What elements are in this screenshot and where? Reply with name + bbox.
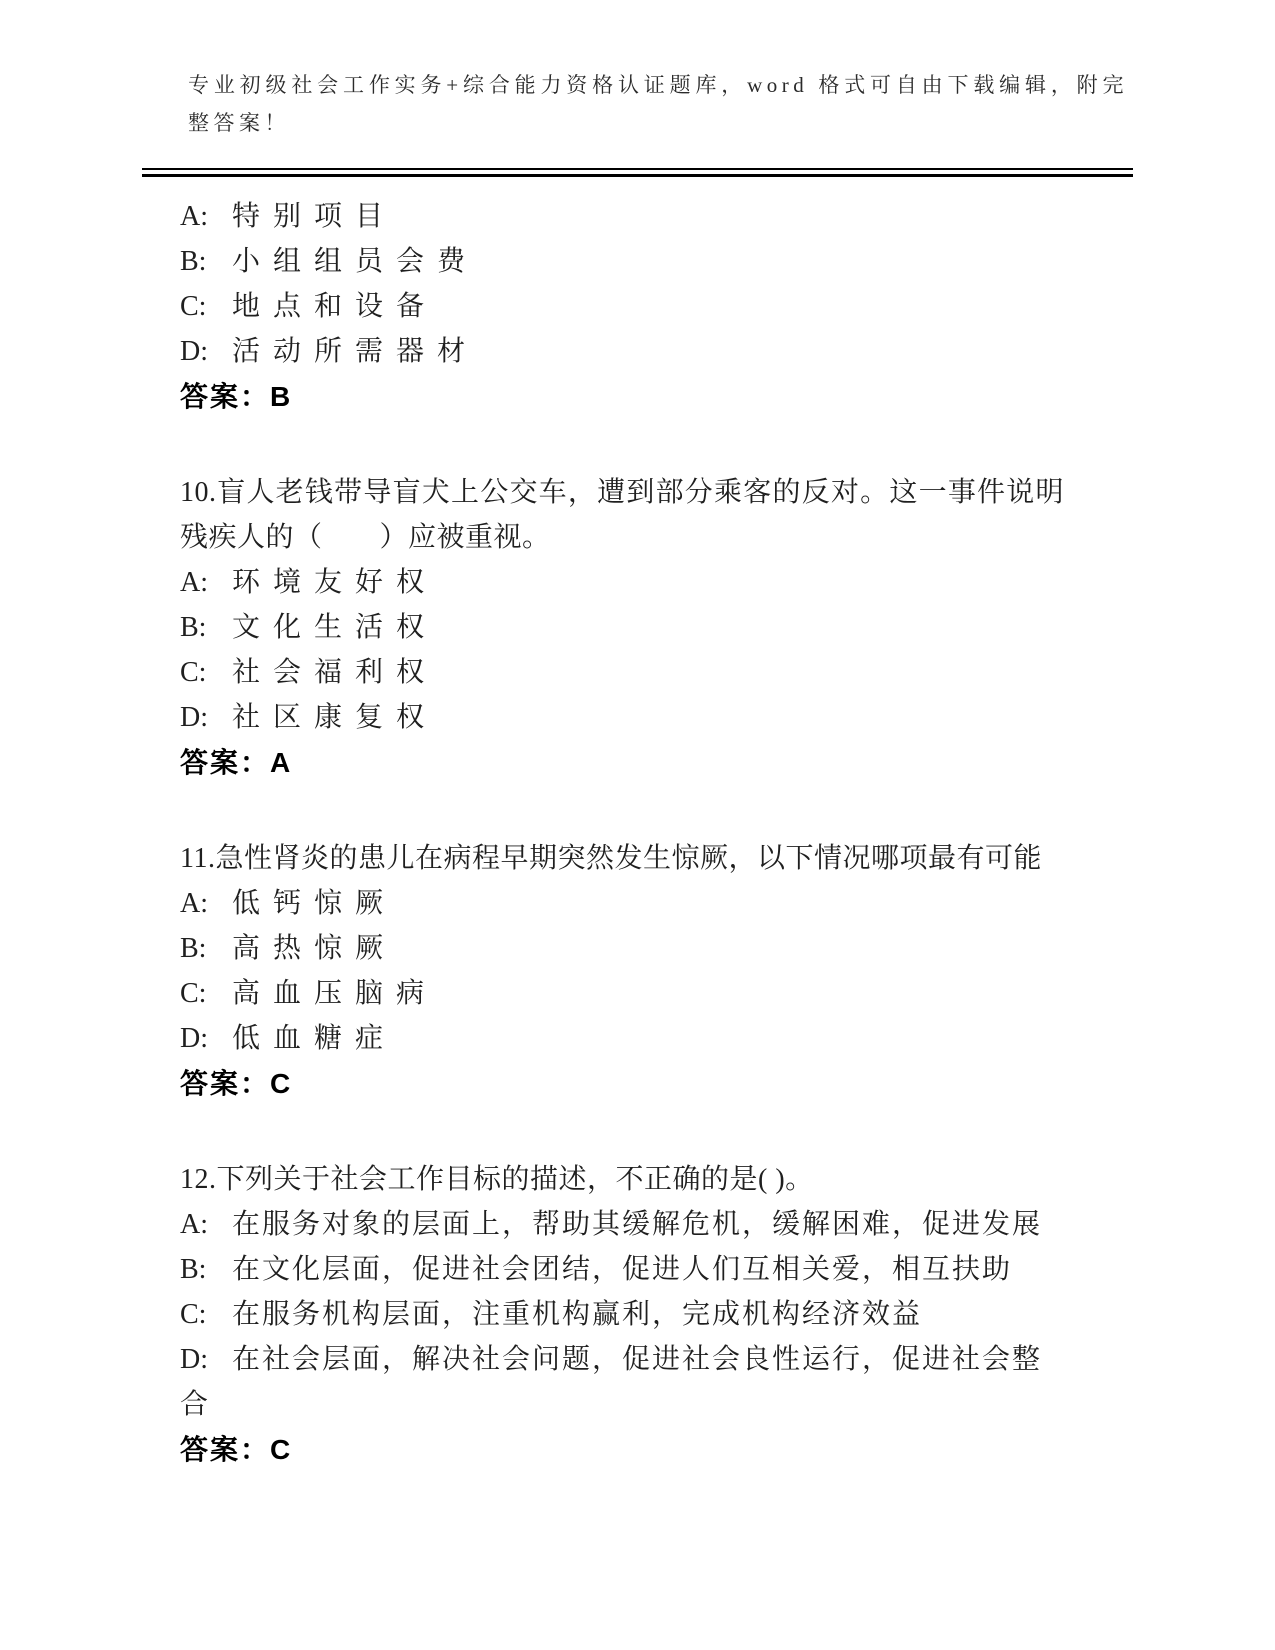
header-divider-rule [142,168,1133,177]
option-row: C:地点和设备 [180,284,1064,329]
option-label: B: [180,1247,232,1292]
option-row: A:特别项目 [180,194,1064,239]
option-text: 在文化层面，促进社会团结，促进人们互相关爱，相互扶助 [232,1254,1012,1285]
question-block: 12.下列关于社会工作目标的描述，不正确的是( )。 A:在服务对象的层面上，帮… [180,1157,1064,1472]
option-label: D: [180,1016,232,1061]
option-label: A: [180,1202,232,1247]
option-row: D:活动所需器材 [180,329,1064,374]
option-text: 低钙惊厥 [232,888,396,919]
option-text: 活动所需器材 [232,336,478,367]
option-row: C:社会福利权 [180,650,1064,695]
question-block: 10.盲人老钱带导盲犬上公交车，遭到部分乘客的反对。这一事件说明残疾人的（ ）应… [180,470,1064,785]
answer-text: 答案：A [180,740,1064,785]
option-label: C: [180,1292,232,1337]
question-block: 11.急性肾炎的患儿在病程早期突然发生惊厥，以下情况哪项最有可能 A:低钙惊厥 … [180,836,1064,1106]
option-text: 低血糖症 [232,1023,396,1054]
document-body: A:特别项目 B:小组组员会费 C:地点和设备 D:活动所需器材 答案：B 10… [180,194,1064,1472]
document-header-text: 专业初级社会工作实务+综合能力资格认证题库，word 格式可自由下载编辑，附完整… [188,66,1128,142]
option-label: D: [180,1337,232,1382]
option-row: B:高热惊厥 [180,926,1064,971]
option-label: C: [180,650,232,695]
option-text: 社区康复权 [232,702,437,733]
option-row: A:在服务对象的层面上，帮助其缓解危机，缓解困难，促进发展 [180,1202,1064,1247]
option-row: D:在社会层面，解决社会问题，促进社会良性运行，促进社会整合 [180,1337,1064,1427]
question-text: 12.下列关于社会工作目标的描述，不正确的是( )。 [180,1157,1064,1202]
answer-text: 答案：B [180,374,1064,419]
option-label: C: [180,971,232,1016]
answer-text: 答案：C [180,1061,1064,1106]
option-row: B:小组组员会费 [180,239,1064,284]
option-text: 小组组员会费 [232,246,478,277]
answer-text: 答案：C [180,1427,1064,1472]
question-text: 10.盲人老钱带导盲犬上公交车，遭到部分乘客的反对。这一事件说明残疾人的（ ）应… [180,470,1064,560]
option-text: 在服务对象的层面上，帮助其缓解危机，缓解困难，促进发展 [232,1209,1042,1240]
option-text: 环境友好权 [232,567,437,598]
option-row: B:文化生活权 [180,605,1064,650]
option-text: 特别项目 [232,201,396,232]
option-label: C: [180,284,232,329]
option-label: B: [180,239,232,284]
option-label: A: [180,194,232,239]
option-row: A:环境友好权 [180,560,1064,605]
option-row: C:高血压脑病 [180,971,1064,1016]
option-label: D: [180,329,232,374]
option-label: D: [180,695,232,740]
option-text: 地点和设备 [232,291,437,322]
option-text: 文化生活权 [232,612,437,643]
option-row: A:低钙惊厥 [180,881,1064,926]
option-label: B: [180,605,232,650]
option-text: 高血压脑病 [232,978,437,1009]
option-row: D:社区康复权 [180,695,1064,740]
option-text: 在服务机构层面，注重机构赢利，完成机构经济效益 [232,1299,922,1330]
option-label: A: [180,560,232,605]
option-label: B: [180,926,232,971]
question-text: 11.急性肾炎的患儿在病程早期突然发生惊厥，以下情况哪项最有可能 [180,836,1064,881]
option-text: 高热惊厥 [232,933,396,964]
option-row: B:在文化层面，促进社会团结，促进人们互相关爱，相互扶助 [180,1247,1064,1292]
option-row: C:在服务机构层面，注重机构赢利，完成机构经济效益 [180,1292,1064,1337]
option-row: D:低血糖症 [180,1016,1064,1061]
option-label: A: [180,881,232,926]
question-block: A:特别项目 B:小组组员会费 C:地点和设备 D:活动所需器材 答案：B [180,194,1064,419]
option-text: 在社会层面，解决社会问题，促进社会良性运行，促进社会整合 [180,1344,1042,1420]
option-text: 社会福利权 [232,657,437,688]
document-page: 专业初级社会工作实务+综合能力资格认证题库，word 格式可自由下载编辑，附完整… [0,0,1275,1650]
